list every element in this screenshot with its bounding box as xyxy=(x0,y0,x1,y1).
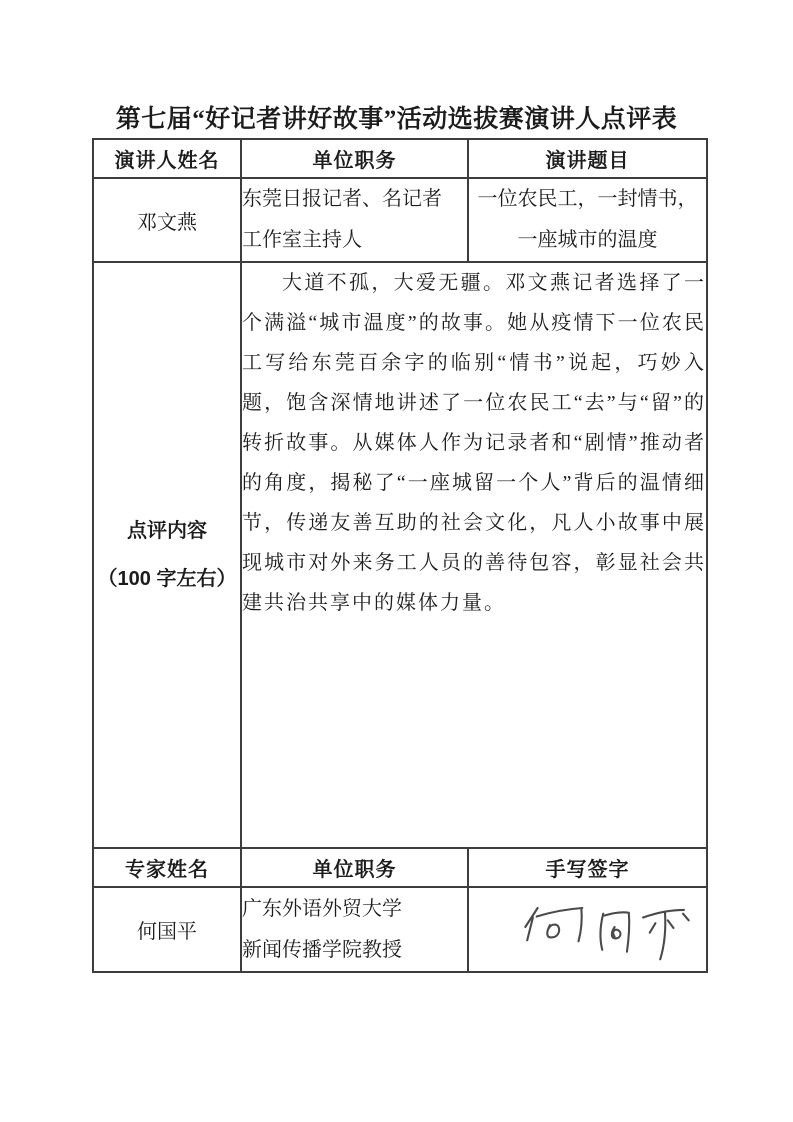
review-label-line-2: （100 字左右） xyxy=(94,555,240,603)
speaker-position-line-2: 工作室主持人 xyxy=(242,220,467,261)
header-speaker-name: 演讲人姓名 xyxy=(93,139,241,178)
speech-topic-cell: 一位农民工，一封情书， 一座城市的温度 xyxy=(468,178,707,262)
table-header-bottom: 专家姓名 单位职务 手写签字 xyxy=(93,848,707,887)
review-label-cell: 点评内容 （100 字左右） xyxy=(93,262,241,848)
header-speech-title: 演讲题目 xyxy=(468,139,707,178)
speech-topic-line-1: 一位农民工，一封情书， xyxy=(469,179,706,220)
handwritten-signature-icon xyxy=(483,889,693,965)
review-label-line-1: 点评内容 xyxy=(94,507,240,555)
review-paragraph: 大道不孤，大爱无疆。邓文燕记者选择了一个满溢“城市温度”的故事。她从疫情下一位农… xyxy=(242,263,706,623)
header-unit-position-top: 单位职务 xyxy=(241,139,468,178)
speech-topic-line-2: 一座城市的温度 xyxy=(469,220,706,261)
header-expert-name: 专家姓名 xyxy=(93,848,241,887)
header-unit-position-bottom: 单位职务 xyxy=(241,848,468,887)
expert-position-line-1: 广东外语外贸大学 xyxy=(242,889,467,930)
speaker-row: 邓文燕 东莞日报记者、名记者 工作室主持人 一位农民工，一封情书， 一座城市的温… xyxy=(93,178,707,262)
page-title: 第七届“好记者讲好故事”活动选拔赛演讲人点评表 xyxy=(0,99,793,135)
expert-row: 何国平 广东外语外贸大学 新闻传播学院教授 xyxy=(93,887,707,972)
speaker-name-cell: 邓文燕 xyxy=(93,178,241,262)
speaker-position-line-1: 东莞日报记者、名记者 xyxy=(242,179,467,220)
expert-position-cell: 广东外语外贸大学 新闻传播学院教授 xyxy=(241,887,468,972)
expert-name-cell: 何国平 xyxy=(93,887,241,972)
review-row: 点评内容 （100 字左右） 大道不孤，大爱无疆。邓文燕记者选择了一个满溢“城市… xyxy=(93,262,707,848)
document-page: { "title": "第七届“好记者讲好故事”活动选拔赛演讲人点评表", "t… xyxy=(0,0,793,1122)
expert-position-line-2: 新闻传播学院教授 xyxy=(242,930,467,971)
table-header-top: 演讲人姓名 单位职务 演讲题目 xyxy=(93,139,707,178)
review-content-cell: 大道不孤，大爱无疆。邓文燕记者选择了一个满溢“城市温度”的故事。她从疫情下一位农… xyxy=(241,262,707,848)
signature-cell xyxy=(468,887,707,972)
speaker-position-cell: 东莞日报记者、名记者 工作室主持人 xyxy=(241,178,468,262)
review-form-table: 演讲人姓名 单位职务 演讲题目 邓文燕 东莞日报记者、名记者 工作室主持人 一位… xyxy=(92,138,708,973)
header-signature: 手写签字 xyxy=(468,848,707,887)
